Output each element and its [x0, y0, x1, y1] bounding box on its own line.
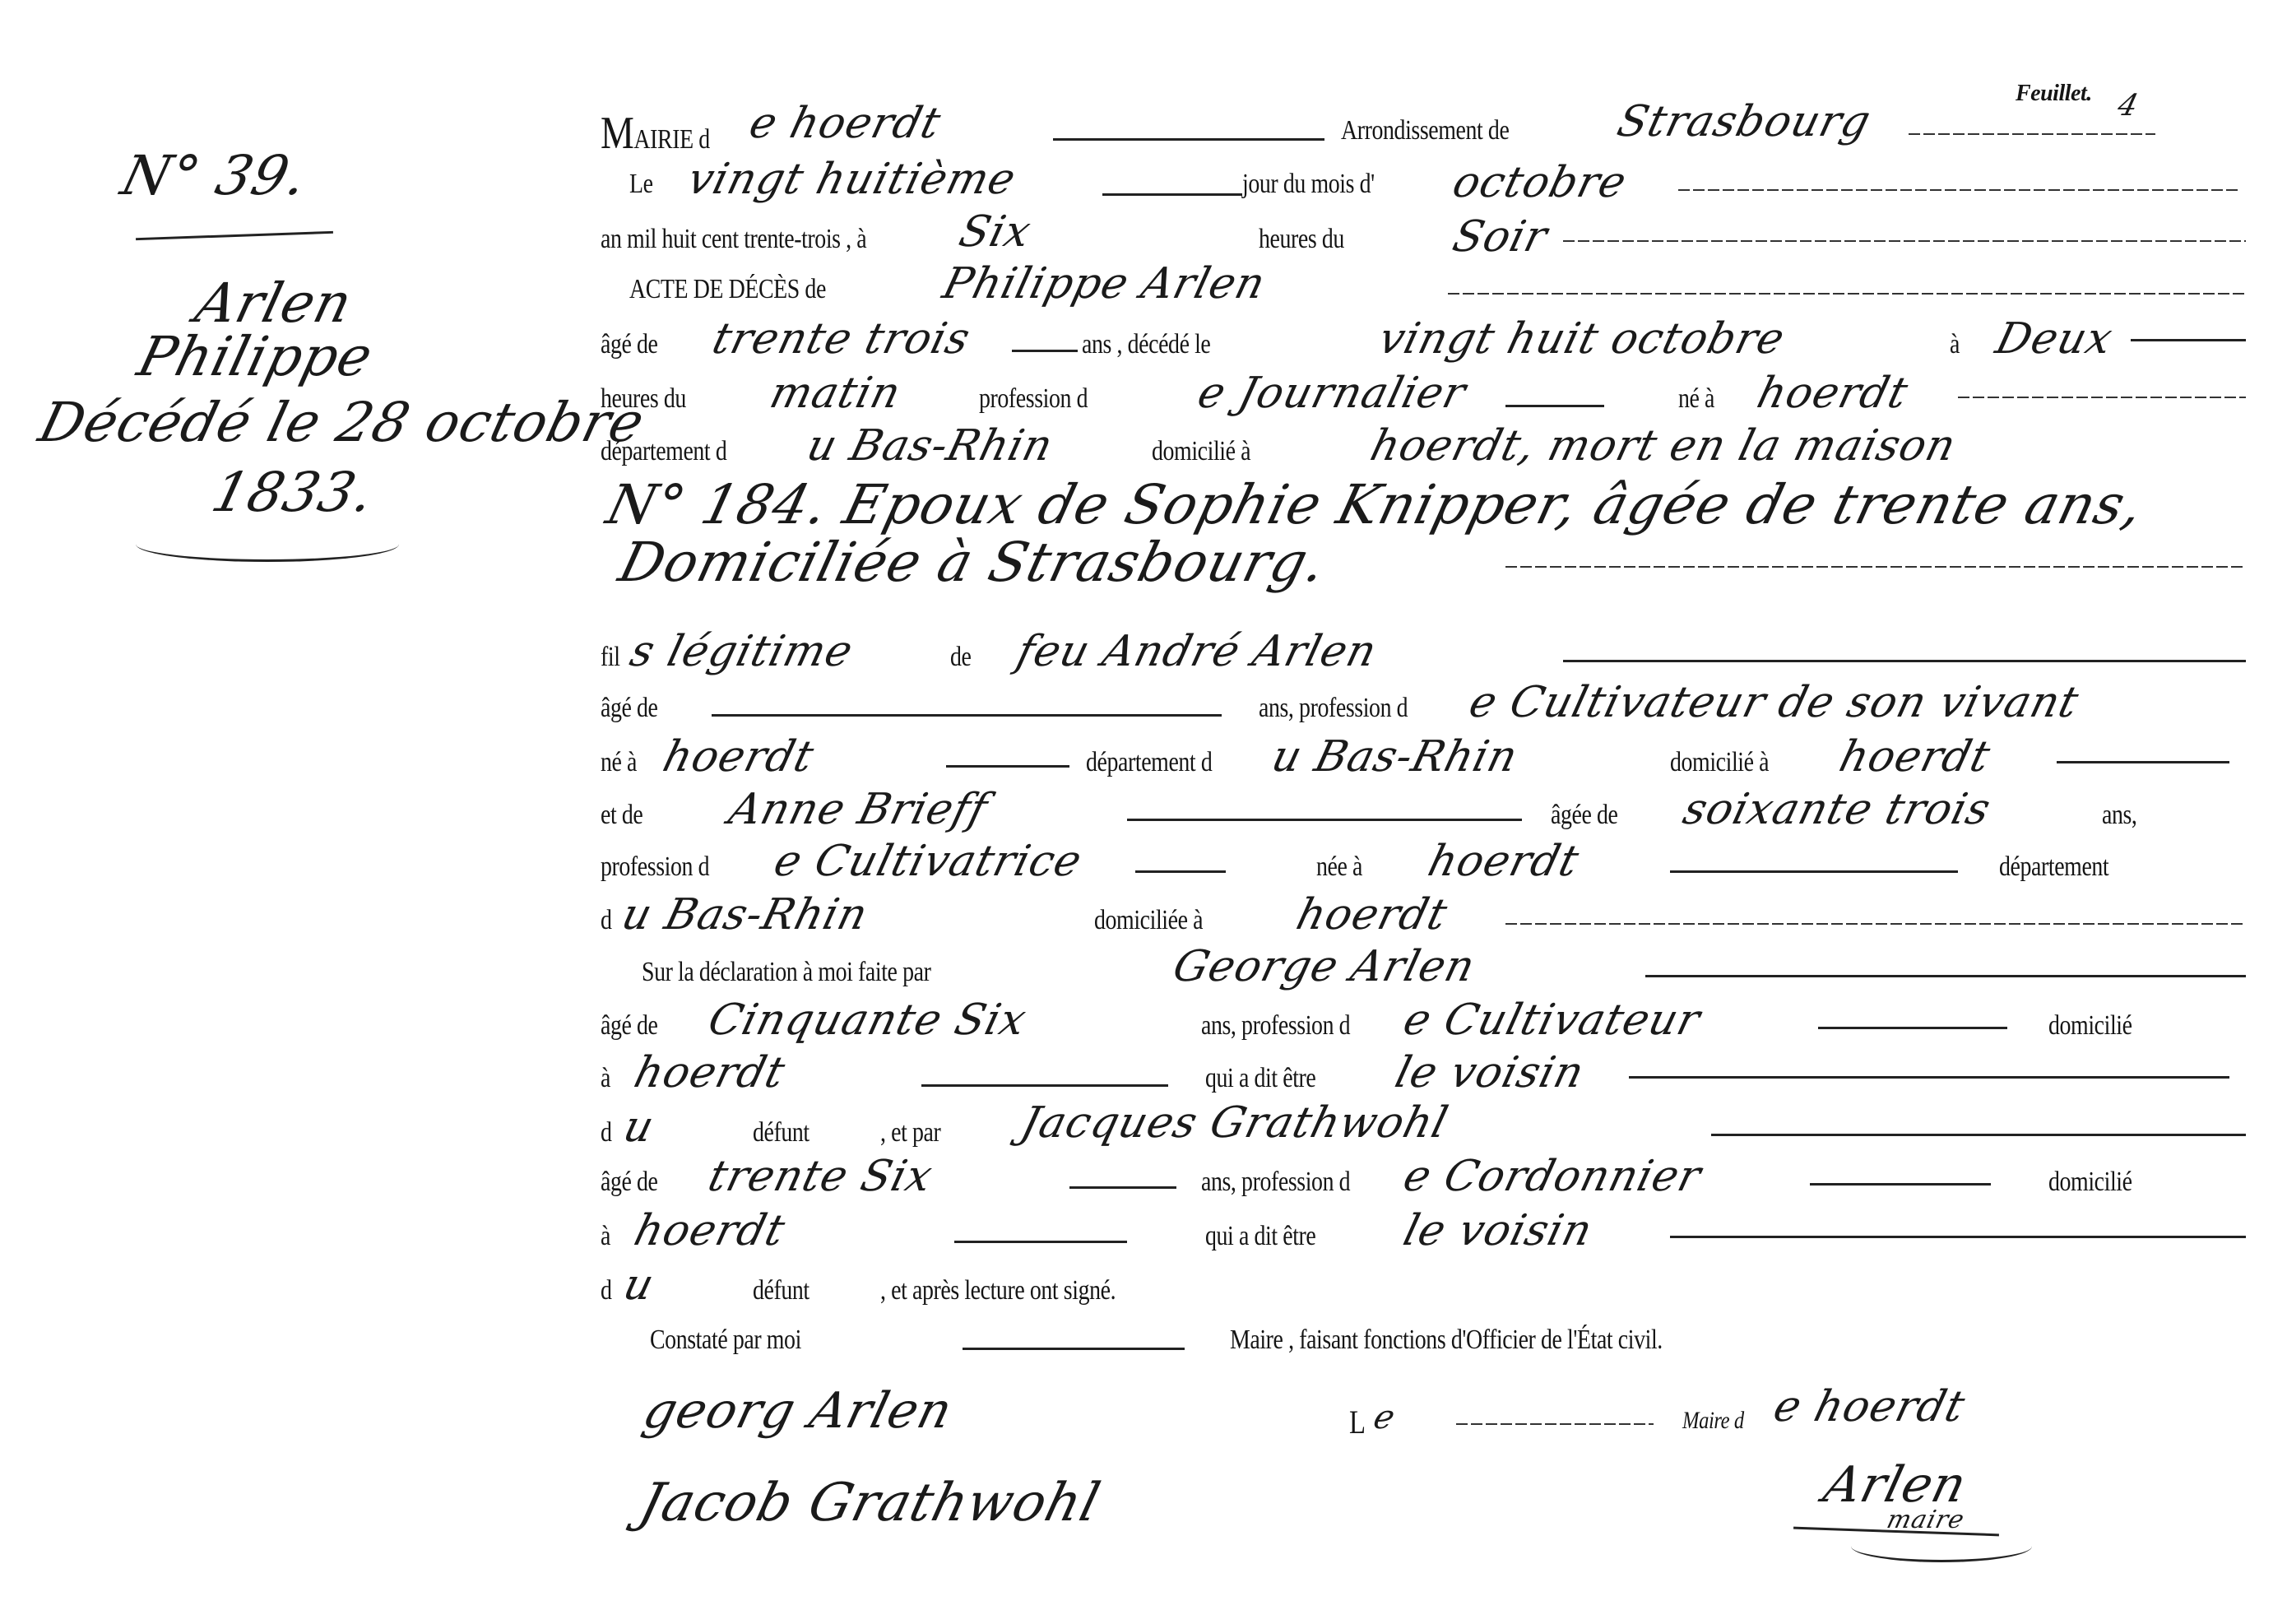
deceased-departement-value: u Bas-Rhin	[802, 421, 1058, 471]
witness1-relation-value: le voisin	[1390, 1048, 1589, 1097]
arrondissement-value: Strasbourg	[1612, 97, 1876, 146]
mother-age-value: soixante trois	[1678, 785, 1996, 834]
father-de-label: de	[950, 642, 971, 673]
witness2-profession-value: e Cordonnier	[1399, 1152, 1706, 1201]
father-birthplace-fill-line	[946, 765, 1069, 768]
witness2-a-label: à	[601, 1221, 610, 1252]
month-value: octobre	[1448, 158, 1632, 207]
deceased-extra-fill-line	[1505, 566, 2246, 568]
deceased-age-value: trente trois	[707, 314, 976, 364]
deceased-age-fill-line	[1012, 350, 1078, 352]
deceased-profession-label: profession d	[979, 383, 1088, 415]
le-label: Le	[629, 169, 653, 200]
deceased-domicile-label: domicilié à	[1152, 436, 1250, 467]
deceased-age-label: âgé de	[601, 329, 658, 360]
le-fill-line	[1456, 1423, 1654, 1425]
mairie-fill-line	[1053, 138, 1324, 141]
deceased-profession-fill-line	[1505, 405, 1604, 407]
hour-value: Six	[954, 207, 1037, 257]
father-age-fill-line	[712, 714, 1222, 717]
day-fill-line	[1102, 193, 1242, 196]
constate-fill-line	[963, 1348, 1185, 1350]
witness1-relation-fill-line	[1629, 1076, 2229, 1079]
mother-departement-value: u Bas-Rhin	[617, 890, 873, 940]
month-fill-line	[1678, 189, 2238, 191]
le-footer-label: L	[1349, 1403, 1366, 1441]
mother-nee-a-label: née à	[1316, 851, 1362, 883]
witness2-name-fill-line	[1711, 1134, 2246, 1136]
mother-profession-fill-line	[1135, 870, 1226, 873]
period-fill-line	[1563, 240, 2246, 242]
witness1-age-value: Cinquante Six	[703, 995, 1032, 1045]
deceased-departement-label: département d	[601, 436, 726, 467]
witness1-profession-fill-line	[1818, 1027, 2007, 1029]
witness2-domicile-label: domicilié	[2048, 1167, 2132, 1198]
year-label: an mil huit cent trente-trois , à	[601, 224, 866, 255]
margin-summary: Décédé le 28 octobre	[33, 391, 651, 454]
deceased-profession-value: e Journalier	[1193, 369, 1471, 418]
witness2-defunt-label: défunt	[753, 1275, 809, 1306]
father-departement-label: département d	[1086, 747, 1212, 778]
father-name-fill-line	[1563, 660, 2246, 662]
witness1-domicile-fill-line	[921, 1084, 1168, 1087]
father-age-label: âgé de	[601, 693, 658, 724]
mairie-label: MAIRIE d	[601, 107, 710, 160]
mother-domicile-value: hoerdt	[1292, 890, 1453, 940]
witness2-du-prefix: d	[601, 1275, 612, 1306]
witness1-name-fill-line	[1645, 975, 2246, 977]
father-domicile-fill-line	[2057, 761, 2229, 763]
arrondissement-label: Arrondissement de	[1341, 115, 1509, 146]
witness1-domicile-label: domicilié	[2048, 1010, 2132, 1042]
fils-label: fil	[601, 642, 620, 673]
deceased-name: Philippe Arlen	[938, 259, 1271, 309]
declaration-label: Sur la déclaration à moi faite par	[642, 957, 930, 988]
witness2-relation-value: le voisin	[1399, 1206, 1598, 1255]
mairie-value: e hoerdt	[745, 99, 946, 148]
witness1-profession-value: e Cultivateur	[1399, 995, 1705, 1045]
witness1-defunt-label: défunt	[753, 1117, 809, 1148]
mother-name-value: Anne Brieff	[724, 785, 993, 834]
margin-flourish	[136, 527, 399, 562]
witness1-age-label: âgé de	[601, 1010, 658, 1042]
witness2-domicile-fill-line	[954, 1241, 1127, 1243]
signature-witness2: Jacob Grathwohl	[633, 1473, 1106, 1534]
deceased-birthplace-value: hoerdt	[1752, 369, 1914, 418]
witness1-du-prefix: d	[601, 1117, 612, 1148]
margin-year: 1833.	[206, 461, 381, 524]
witness2-age-label: âgé de	[601, 1167, 658, 1198]
feuillet-label: Feuillet.	[2016, 81, 2092, 107]
witness2-profession-fill-line	[1810, 1183, 1991, 1186]
witness1-name-value: George Arlen	[1168, 942, 1480, 991]
mother-birthplace-value: hoerdt	[1423, 837, 1584, 886]
hour-label: heures du	[1259, 224, 1344, 255]
witness2-relation-fill-line	[1670, 1236, 2246, 1238]
mother-name-fill-line	[1127, 819, 1522, 821]
acte-label: ACTE DE DÉCÈS de	[629, 274, 826, 305]
constate-label: Constaté par moi	[650, 1325, 801, 1356]
father-ne-a-label: né à	[601, 747, 637, 778]
closing-label: , et après lecture ont signé.	[880, 1275, 1116, 1306]
witness2-domicile-value: hoerdt	[629, 1206, 791, 1255]
deceased-extra-line-2: Domiciliée à Strasbourg.	[613, 531, 1333, 594]
feuillet-number: 4	[2114, 89, 2142, 123]
deceased-ne-a-label: né à	[1678, 383, 1714, 415]
death-hour-fill-line	[2131, 339, 2246, 341]
heures-du-label: heures du	[601, 383, 686, 415]
father-profession-value: e Cultivateur de son vivant	[1464, 678, 2084, 727]
margin-given-name: Philippe	[132, 325, 379, 388]
signature-witness1: georg Arlen	[638, 1382, 958, 1440]
signature-mayor-flourish	[1851, 1530, 2032, 1562]
father-domicile-label: domicilié à	[1670, 747, 1769, 778]
witness2-du-value: u	[619, 1260, 659, 1310]
witness1-et-par-label: , et par	[880, 1117, 940, 1148]
witness1-relation-label: qui a dit être	[1205, 1063, 1315, 1094]
father-birthplace-value: hoerdt	[658, 732, 819, 782]
witness1-a-label: à	[601, 1063, 610, 1094]
deceased-extra-line-1: N° 184. Epoux de Sophie Knipper, âgée de…	[601, 473, 2150, 536]
mother-profession-value: e Cultivatrice	[769, 837, 1087, 886]
deceased-domicile-value: hoerdt, mort en la maison	[1366, 421, 1961, 471]
legitimacy-value: s légitime	[625, 627, 858, 676]
father-ans-profession-label: ans, profession d	[1259, 693, 1408, 724]
margin-divider	[136, 231, 333, 240]
mother-domicile-fill-line	[1505, 923, 2246, 925]
mother-ans-label: ans,	[2102, 800, 2136, 831]
mother-profession-label: profession d	[601, 851, 709, 883]
ans-decede-label: ans , décédé le	[1082, 329, 1210, 360]
mother-domicile-label: domiciliée à	[1094, 905, 1203, 936]
deceased-birthplace-fill-line	[1958, 397, 2246, 398]
deceased-name-fill-line	[1448, 293, 2246, 295]
father-departement-value: u Bas-Rhin	[1267, 732, 1523, 782]
mother-birthplace-fill-line	[1670, 870, 1958, 873]
mother-et-de-label: et de	[601, 800, 642, 831]
witness1-domicile-value: hoerdt	[629, 1048, 791, 1097]
witness1-du-value: u	[619, 1102, 659, 1152]
maire-label: Maire d	[1682, 1407, 1744, 1435]
death-hour-value: Deux	[1991, 314, 2118, 364]
arrondissement-fill-line	[1909, 133, 2155, 135]
day-value: vingt huitième	[683, 155, 1021, 204]
father-name-value: feu André Arlen	[1012, 627, 1382, 676]
maire-value: e hoerdt	[1769, 1382, 1970, 1431]
witness1-ans-profession-label: ans, profession d	[1201, 1010, 1350, 1042]
father-domicile-value: hoerdt	[1835, 732, 1996, 782]
witness2-name-value: Jacques Grathwohl	[1016, 1098, 1453, 1148]
le-footer-value: e	[1370, 1399, 1399, 1436]
witness2-age-value: trente Six	[703, 1152, 938, 1201]
witness2-age-fill-line	[1069, 1186, 1176, 1189]
period-value: Soir	[1448, 212, 1552, 262]
witness2-relation-label: qui a dit être	[1205, 1221, 1315, 1252]
officer-label: Maire , faisant fonctions d'Officier de …	[1230, 1325, 1663, 1356]
mother-age-label: âgée de	[1551, 800, 1617, 831]
day-label: jour du mois d'	[1242, 169, 1375, 200]
death-period-value: matin	[765, 369, 906, 418]
mother-departement-label: département	[1999, 851, 2108, 883]
mother-departement-prefix: d	[601, 905, 612, 936]
death-date-value: vingt huit octobre	[1374, 314, 1790, 364]
margin-number: N° 39.	[115, 144, 314, 207]
death-a-label: à	[1950, 329, 1960, 360]
witness2-ans-profession-label: ans, profession d	[1201, 1167, 1350, 1198]
